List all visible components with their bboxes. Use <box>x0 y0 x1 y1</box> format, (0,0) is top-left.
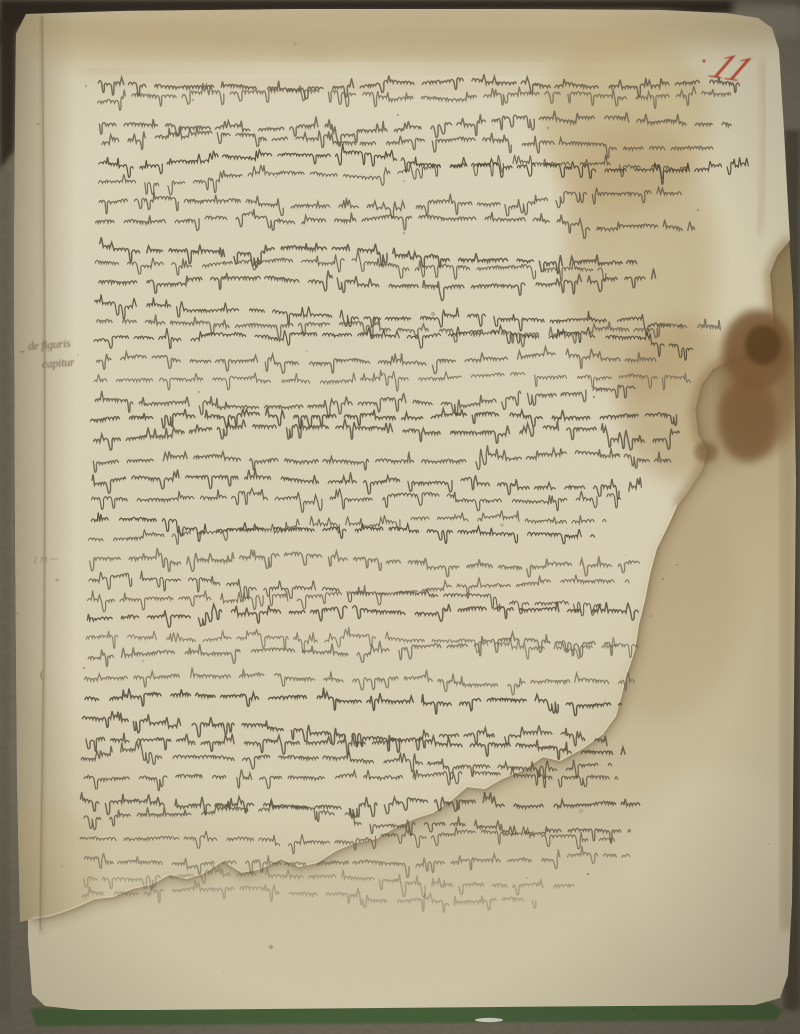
manuscript-photo-canvas: de figuris capitur 1 m̄ — –°.(„ʼ 11 <box>0 0 800 1034</box>
manuscript-photograph: de figuris capitur 1 m̄ — –°.(„ʼ 11 <box>0 0 800 1034</box>
photo-vignette <box>0 0 800 1034</box>
